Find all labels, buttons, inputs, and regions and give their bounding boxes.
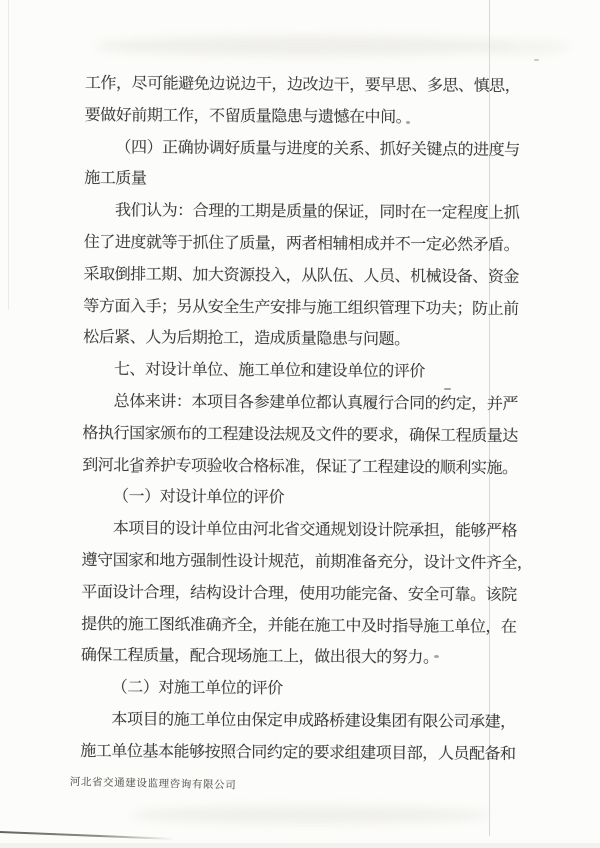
text-line: （四）正确协调好质量与进度的关系、抓好关键点的进度与 [84,132,544,167]
text-line: 施工质量 [84,163,544,198]
bleedthrough-smudge-bottom [130,806,490,824]
paper-edge-line-bottom-left [0,831,175,840]
text-line: 遵守国家和地方强制性设计规范，前期准备充分，设计文件齐全， [81,545,541,580]
bleedthrough-smudge-top [95,36,515,56]
document-body: 工作，尽可能避免边说边干，边改边干，要早思、多思、慎思，要做好前期工作，不留质量… [80,68,545,771]
footer-company-name: 河北省交通建设监理咨询有限公司 [70,774,237,792]
text-line: 等方面入手；另从安全生产安排与施工组织管理下功夫；防止前 [83,291,543,326]
text-line: 七、对设计单位、施工单位和建设单位的评价 [83,354,543,389]
ink-speck [534,59,539,61]
text-line: 我们认为：合理的工期是质量的保证，同时在一定程度上抓 [84,195,544,230]
text-line: 住了进度就等于抓住了质量，两者相辅相成并不一定必然矛盾。 [84,227,544,262]
text-line: 到河北省养护专项验收合格标准，保证了工程建设的顺利实施。 [82,450,542,485]
text-line: 采取倒排工期、加大资源投入，从队伍、人员、机械设备、资金 [83,259,543,294]
text-line: 确保工程质量，配合现场施工上，做出很大的努力。 [81,640,541,675]
text-line: （二）对施工单位的评价 [81,672,541,707]
scan-bottom-strip [0,843,600,848]
text-line: 本项目的设计单位由河北省交通规划设计院承担，能够严格 [82,513,542,548]
text-line: （一）对设计单位的评价 [82,481,542,516]
text-line: 格执行国家颁布的工程建设法规及文件的要求，确保工程质量达 [82,418,542,453]
scanned-document-page: 工作，尽可能避免边说边干，边改边干，要早思、多思、慎思，要做好前期工作，不留质量… [0,0,600,848]
text-line: 总体来讲：本项目各参建单位都认真履行合同的约定，并严 [83,386,543,421]
text-line: 本项目的施工单位由保定申成路桥建设集团有限公司承建， [80,704,540,739]
text-line: 要做好前期工作，不留质量隐患与遗憾在中间。 [85,100,545,135]
text-line: 施工单位基本能够按照合同约定的要求组建项目部，人员配备和 [80,736,540,771]
text-line: 提供的施工图纸准确齐全，并能在施工中及时指导施工单位，在 [81,609,541,644]
bleedthrough-smudge-top-right [480,40,570,54]
text-line: 工作，尽可能避免边说边干，边改边干，要早思、多思、慎思， [85,68,545,103]
text-line: 平面设计合理，结构设计合理，使用功能完备、安全可靠。该院 [81,577,541,612]
text-line: 松后紧、人为后期抢工，造成质量隐患与问题。 [83,322,543,357]
scan-fold-line-left [8,0,9,310]
